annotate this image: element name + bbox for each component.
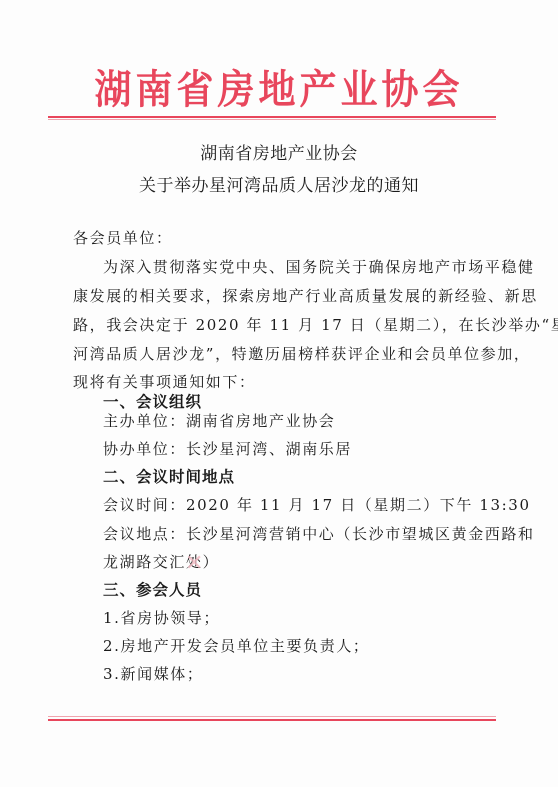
section-line: 3.新闻媒体； [103,664,204,684]
salutation: 各会员单位： [73,228,173,248]
section-heading: 一、会议组织 [103,392,202,412]
section-line: 协办单位：长沙星河湾、湖南乐居 [103,439,352,459]
section-line: 会议地点：长沙星河湾营销中心（长沙市望城区黄金西路和 [103,524,535,544]
faint-stamp-mark: ✕ [185,553,207,575]
intro-line: 康发展的相关要求，探索房地产行业高质量发展的新经验、新思 [73,286,538,306]
document-page: 湖南省房地产业协会 湖南省房地产业协会 关于举办星河湾品质人居沙龙的通知 各会员… [0,0,558,787]
section-line: 1.省房协领导； [103,608,220,628]
footer-divider-thin [48,716,496,717]
intro-line: 为深入贯彻落实党中央、国务院关于确保房地产市场平稳健 [103,257,535,277]
intro-line: 河湾品质人居沙龙”，特邀历届榜样获评企业和会员单位参加， [73,344,530,364]
footer-divider-thick [48,719,496,721]
document-title-line2: 关于举办星河湾品质人居沙龙的通知 [0,171,558,196]
section-heading: 二、会议时间地点 [103,467,235,487]
document-title-line1: 湖南省房地产业协会 [0,139,558,164]
section-line: 主办单位：湖南省房地产业协会 [103,411,335,431]
section-line: 会议时间：2020 年 11 月 17 日（星期二）下午 13:30 [103,495,531,515]
intro-line: 现将有关事项通知如下： [73,372,256,392]
section-line: 2.房地产开发会员单位主要负责人； [103,636,370,656]
letterhead-divider-thin [48,119,496,120]
letterhead-divider-thick [48,116,496,118]
section-heading: 三、参会人员 [103,580,202,600]
letterhead-org-name: 湖南省房地产业协会 [0,64,558,116]
intro-line: 路，我会决定于 2020 年 11 月 17 日（星期二），在长沙举办“星 [73,315,558,335]
